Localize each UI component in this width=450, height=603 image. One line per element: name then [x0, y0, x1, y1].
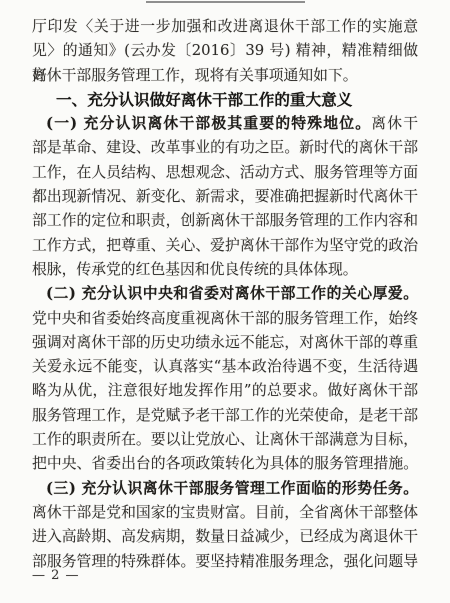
document-line: 厅印发〈关于进一步加强和改进离退休干部工作的实施意 [32, 15, 418, 39]
body-text: 厅印发〈关于进一步加强和改进离退休干部工作的实施意 [32, 18, 418, 35]
section-heading-text: 一、充分认识做好离休干部工作的重大意义 [56, 91, 352, 109]
document-line: 工作方式，把尊重、关心、爱护离休干部作为坚守党的政治 [32, 234, 418, 258]
body-text: 关爱永远不能变，认真落实“基本政治待遇不变，生活待遇 [32, 358, 418, 375]
body-text: 离休干 [371, 115, 418, 132]
body-text: 服务管理工作，是党赋予老干部工作的光荣使命，是老干部 [32, 407, 418, 424]
body-text: 把中央、省委出台的各项政策转化为具体的服务管理措施。 [32, 455, 418, 472]
body-text: 党中央和省委始终高度重视离休干部的服务管理工作，始终 [32, 310, 418, 327]
document-line: 工作的职责所在。要以让党放心、让离休干部满意为目标， [32, 428, 418, 452]
document-line: 都出现新情况、新变化、新需求，要准确把握新时代离休干 [32, 185, 418, 209]
document-line: 把中央、省委出台的各项政策转化为具体的服务管理措施。 [32, 452, 418, 476]
document-line: 工作，在人员结构、思想观念、活动方式、服务管理等方面 [32, 161, 418, 185]
body-text: 离休干部服务管理工作，现将有关事项通知如下。 [32, 67, 358, 84]
section-heading-line: 一、充分认识做好离休干部工作的重大意义 [32, 88, 418, 112]
document-line: 强调对离休干部的历史功绩永远不能忘，对离休干部的尊重 [32, 331, 418, 355]
document-line: 关爱永远不能变，认真落实“基本政治待遇不变，生活待遇 [32, 355, 418, 379]
document-line: 部服务管理的特殊群体。要坚持精准服务理念，强化问题导 [32, 550, 418, 574]
body-text: 部服务管理的特殊群体。要坚持精准服务理念，强化问题导 [32, 553, 418, 570]
body-text: 工作方式，把尊重、关心、爱护离休干部作为坚守党的政治 [32, 237, 418, 254]
document-line: 略为从优，注意很好地发挥作用”的总要求。做好离休干部 [32, 379, 418, 403]
document-line: 部工作的定位和职责，创新离休干部服务管理的工作内容和 [32, 209, 418, 233]
document-line: 进入高龄期、高发病期，数量日益减少，已经成为离退休干 [32, 525, 418, 549]
document-line: 部是革命、建设、改革事业的有功之臣。新时代的离休干部 [32, 136, 418, 160]
subsection-heading-text: (三) 充分认识离休干部服务管理工作面临的形势任务。 [46, 480, 418, 497]
document-line: 服务管理工作，是党赋予老干部工作的光荣使命，是老干部 [32, 404, 418, 428]
body-text: 略为从优，注意很好地发挥作用”的总要求。做好离休干部 [32, 382, 418, 399]
text-block: 厅印发〈关于进一步加强和改进离退休干部工作的实施意见〉的通知》(云办发〔2016… [32, 15, 418, 574]
document-line: (二) 充分认识中央和省委对离休干部工作的关心厚爱。 [32, 282, 418, 306]
subsection-heading-text: (二) 充分认识中央和省委对离休干部工作的关心厚爱。 [46, 285, 418, 302]
body-text: 部工作的定位和职责，创新离休干部服务管理的工作内容和 [32, 212, 418, 229]
document-line: 离休干部服务管理工作，现将有关事项通知如下。 [32, 64, 418, 88]
document-line: (三) 充分认识离休干部服务管理工作面临的形势任务。 [32, 477, 418, 501]
top-partial-rule [146, 1, 305, 3]
body-text: 工作，在人员结构、思想观念、活动方式、服务管理等方面 [32, 164, 418, 181]
document-line: 根脉，传承党的红色基因和优良传统的具体体现。 [32, 258, 418, 282]
subsection-heading-text: (一) 充分认识离休干部极其重要的特殊地位。 [46, 115, 371, 132]
body-text: 强调对离休干部的历史功绩永远不能忘，对离休干部的尊重 [32, 334, 418, 351]
document-line: 党中央和省委始终高度重视离休干部的服务管理工作，始终 [32, 307, 418, 331]
document-line: 见〉的通知》(云办发〔2016〕39 号) 精神，精准精细做好 [32, 39, 418, 63]
body-text: 都出现新情况、新变化、新需求，要准确把握新时代离休干 [32, 188, 418, 205]
body-text: 工作的职责所在。要以让党放心、让离休干部满意为目标， [32, 431, 418, 448]
scanned-document-page: 厅印发〈关于进一步加强和改进离退休干部工作的实施意见〉的通知》(云办发〔2016… [0, 0, 450, 603]
body-text: 部是革命、建设、改革事业的有功之臣。新时代的离休干部 [32, 139, 418, 156]
body-text: 进入高龄期、高发病期，数量日益减少，已经成为离退休干 [32, 528, 418, 545]
document-line: 离休干部是党和国家的宝贵财富。目前，全省离休干部整体 [32, 501, 418, 525]
body-text: 根脉，传承党的红色基因和优良传统的具体体现。 [32, 261, 358, 278]
body-text: 离休干部是党和国家的宝贵财富。目前，全省离休干部整体 [32, 504, 418, 521]
document-line: (一) 充分认识离休干部极其重要的特殊地位。离休干 [32, 112, 418, 136]
page-number: — 2 — [32, 569, 80, 583]
